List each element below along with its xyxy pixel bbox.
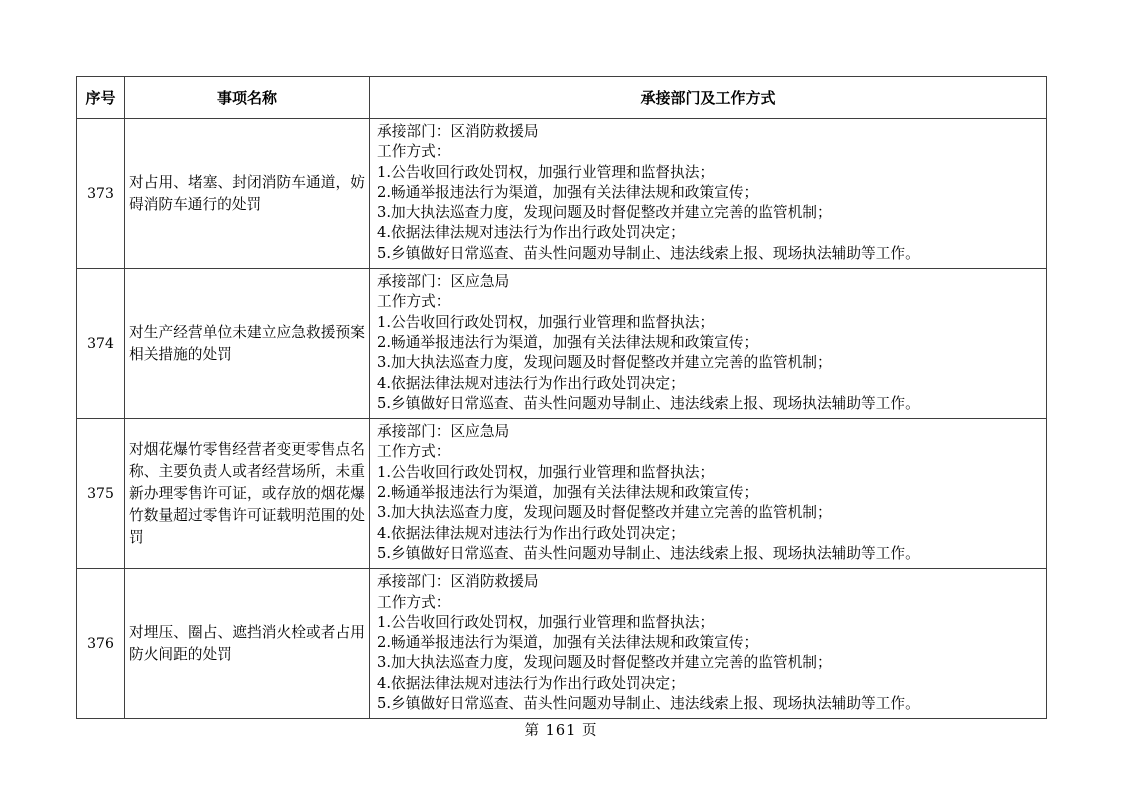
- items-table: 序号 事项名称 承接部门及工作方式 373 对占用、堵塞、封闭消防车通道，妨碍消…: [76, 76, 1047, 719]
- method-item-line: 2.畅通举报违法行为渠道，加强有关法律法规和政策宣传；: [377, 183, 1039, 203]
- method-item-line: 5.乡镇做好日常巡查、苗头性问题劝导制止、违法线索上报、现场执法辅助等工作。: [377, 544, 1039, 564]
- method-item-line: 5.乡镇做好日常巡查、苗头性问题劝导制止、违法线索上报、现场执法辅助等工作。: [377, 694, 1039, 714]
- department-and-method-cell: 承接部门：区应急局 工作方式： 1.公告收回行政处罚权，加强行业管理和监督执法；…: [370, 269, 1047, 419]
- item-name: 对生产经营单位未建立应急救援预案相关措施的处罚: [125, 269, 370, 419]
- method-label-line: 工作方式：: [377, 593, 1039, 613]
- item-name: 对占用、堵塞、封闭消防车通道，妨碍消防车通行的处罚: [125, 119, 370, 269]
- method-label-line: 工作方式：: [377, 442, 1039, 462]
- item-name: 对埋压、圈占、遮挡消火栓或者占用防火间距的处罚: [125, 569, 370, 719]
- method-item-line: 3.加大执法巡查力度，发现问题及时督促整改并建立完善的监管机制；: [377, 653, 1039, 673]
- method-item-line: 2.畅通举报违法行为渠道，加强有关法律法规和政策宣传；: [377, 333, 1039, 353]
- department-and-method-cell: 承接部门：区消防救援局 工作方式： 1.公告收回行政处罚权，加强行业管理和监督执…: [370, 569, 1047, 719]
- page-number: 第 161 页: [0, 719, 1122, 740]
- method-item-line: 1.公告收回行政处罚权，加强行业管理和监督执法；: [377, 163, 1039, 183]
- item-name: 对烟花爆竹零售经营者变更零售点名称、主要负责人或者经营场所，未重新办理零售许可证…: [125, 419, 370, 569]
- method-item-line: 2.畅通举报违法行为渠道，加强有关法律法规和政策宣传；: [377, 633, 1039, 653]
- col-header-department-and-method: 承接部门及工作方式: [370, 77, 1047, 119]
- row-serial-number: 376: [77, 569, 125, 719]
- method-item-line: 1.公告收回行政处罚权，加强行业管理和监督执法；: [377, 463, 1039, 483]
- department-line: 承接部门：区消防救援局: [377, 572, 1039, 592]
- method-item-line: 3.加大执法巡查力度，发现问题及时督促整改并建立完善的监管机制；: [377, 503, 1039, 523]
- document-page: 序号 事项名称 承接部门及工作方式 373 对占用、堵塞、封闭消防车通道，妨碍消…: [0, 0, 1122, 793]
- row-serial-number: 374: [77, 269, 125, 419]
- method-item-line: 1.公告收回行政处罚权，加强行业管理和监督执法；: [377, 313, 1039, 333]
- method-label-line: 工作方式：: [377, 292, 1039, 312]
- method-item-line: 5.乡镇做好日常巡查、苗头性问题劝导制止、违法线索上报、现场执法辅助等工作。: [377, 394, 1039, 414]
- method-item-line: 2.畅通举报违法行为渠道，加强有关法律法规和政策宣传；: [377, 483, 1039, 503]
- method-item-line: 4.依据法律法规对违法行为作出行政处罚决定；: [377, 374, 1039, 394]
- row-serial-number: 375: [77, 419, 125, 569]
- row-serial-number: 373: [77, 119, 125, 269]
- method-item-line: 4.依据法律法规对违法行为作出行政处罚决定；: [377, 223, 1039, 243]
- department-and-method-cell: 承接部门：区消防救援局 工作方式： 1.公告收回行政处罚权，加强行业管理和监督执…: [370, 119, 1047, 269]
- method-item-line: 5.乡镇做好日常巡查、苗头性问题劝导制止、违法线索上报、现场执法辅助等工作。: [377, 244, 1039, 264]
- department-line: 承接部门：区应急局: [377, 422, 1039, 442]
- col-header-serial-number: 序号: [77, 77, 125, 119]
- col-header-item-name: 事项名称: [125, 77, 370, 119]
- method-label-line: 工作方式：: [377, 142, 1039, 162]
- department-and-method-cell: 承接部门：区应急局 工作方式： 1.公告收回行政处罚权，加强行业管理和监督执法；…: [370, 419, 1047, 569]
- method-item-line: 1.公告收回行政处罚权，加强行业管理和监督执法；: [377, 613, 1039, 633]
- table-row: 373 对占用、堵塞、封闭消防车通道，妨碍消防车通行的处罚 承接部门：区消防救援…: [77, 119, 1047, 269]
- table-header-row: 序号 事项名称 承接部门及工作方式: [77, 77, 1047, 119]
- table-row: 375 对烟花爆竹零售经营者变更零售点名称、主要负责人或者经营场所，未重新办理零…: [77, 419, 1047, 569]
- table-row: 376 对埋压、圈占、遮挡消火栓或者占用防火间距的处罚 承接部门：区消防救援局 …: [77, 569, 1047, 719]
- method-item-line: 3.加大执法巡查力度，发现问题及时督促整改并建立完善的监管机制；: [377, 353, 1039, 373]
- method-item-line: 4.依据法律法规对违法行为作出行政处罚决定；: [377, 524, 1039, 544]
- method-item-line: 4.依据法律法规对违法行为作出行政处罚决定；: [377, 674, 1039, 694]
- department-line: 承接部门：区消防救援局: [377, 122, 1039, 142]
- method-item-line: 3.加大执法巡查力度，发现问题及时督促整改并建立完善的监管机制；: [377, 203, 1039, 223]
- table-row: 374 对生产经营单位未建立应急救援预案相关措施的处罚 承接部门：区应急局 工作…: [77, 269, 1047, 419]
- department-line: 承接部门：区应急局: [377, 272, 1039, 292]
